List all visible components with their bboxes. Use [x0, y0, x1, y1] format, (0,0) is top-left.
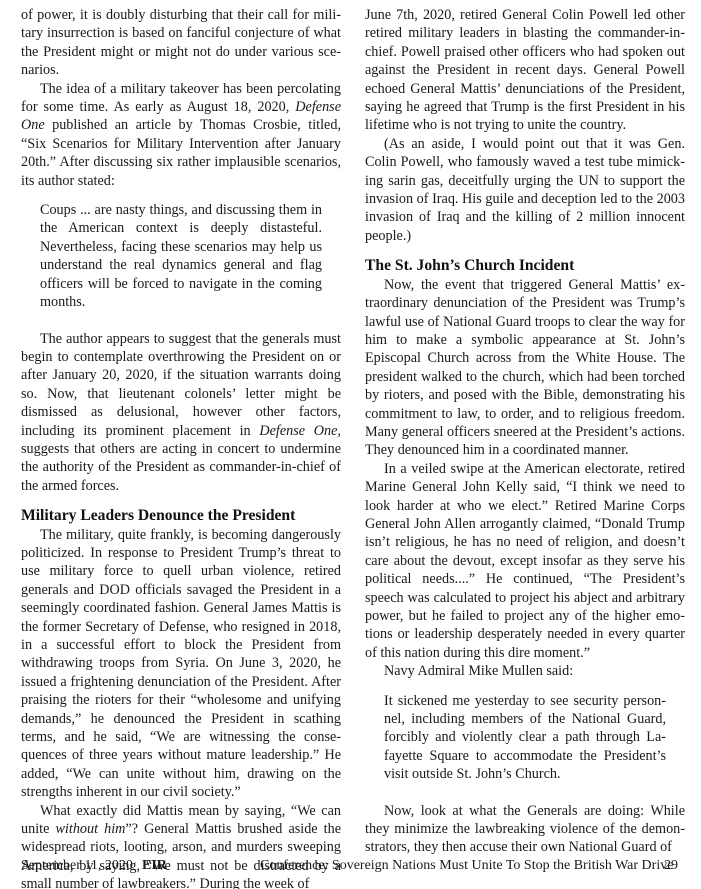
text-run: published an article by Thomas Crosbie, …: [21, 117, 341, 188]
paragraph: The idea of a military takeover has been…: [21, 80, 341, 190]
emphasis: without him: [55, 821, 125, 837]
page-number: 29: [664, 857, 678, 875]
left-column: of power, it is doubly disturbing that t…: [21, 6, 341, 889]
text-run: suggests that others are acting in conce…: [21, 441, 341, 494]
paragraph: Now, look at what the Generals are doing…: [365, 802, 685, 857]
paragraph: The author appears to suggest that the g…: [21, 330, 341, 496]
paragraph: June 7th, 2020, retired General Colin Po…: [365, 6, 685, 135]
block-quote: It sickened me yesterday to see security…: [384, 692, 666, 784]
section-title: Conference: Sovereign Nations Must Unite…: [260, 857, 673, 875]
block-quote: Coups ... are nasty things, and discussi…: [40, 201, 322, 311]
text-run: The idea of a military takeover has been…: [21, 81, 341, 115]
paragraph: The military, quite frankly, is becoming…: [21, 526, 341, 802]
paragraph: What exactly did Mattis mean by saying, …: [21, 802, 341, 889]
publication-title: Defense One,: [259, 423, 341, 439]
paragraph: Now, the event that triggered General Ma…: [365, 276, 685, 460]
paragraph: Navy Admiral Mike Mullen said:: [365, 662, 685, 680]
publication-name: EIR: [142, 857, 167, 875]
section-heading: Military Leaders Denounce the President: [21, 507, 341, 525]
spacer: [365, 245, 685, 257]
paragraph: (As an aside, I would point out that it …: [365, 135, 685, 245]
right-column: June 7th, 2020, retired General Colin Po…: [365, 6, 685, 857]
document-page: of power, it is doubly disturbing that t…: [0, 0, 701, 889]
paragraph: of power, it is doubly disturbing that t…: [21, 6, 341, 80]
spacer: [21, 495, 341, 507]
paragraph: In a veiled swipe at the American electo…: [365, 460, 685, 662]
issue-date: September 11, 2020: [21, 857, 133, 875]
section-heading: The St. John’s Church Incident: [365, 257, 685, 275]
